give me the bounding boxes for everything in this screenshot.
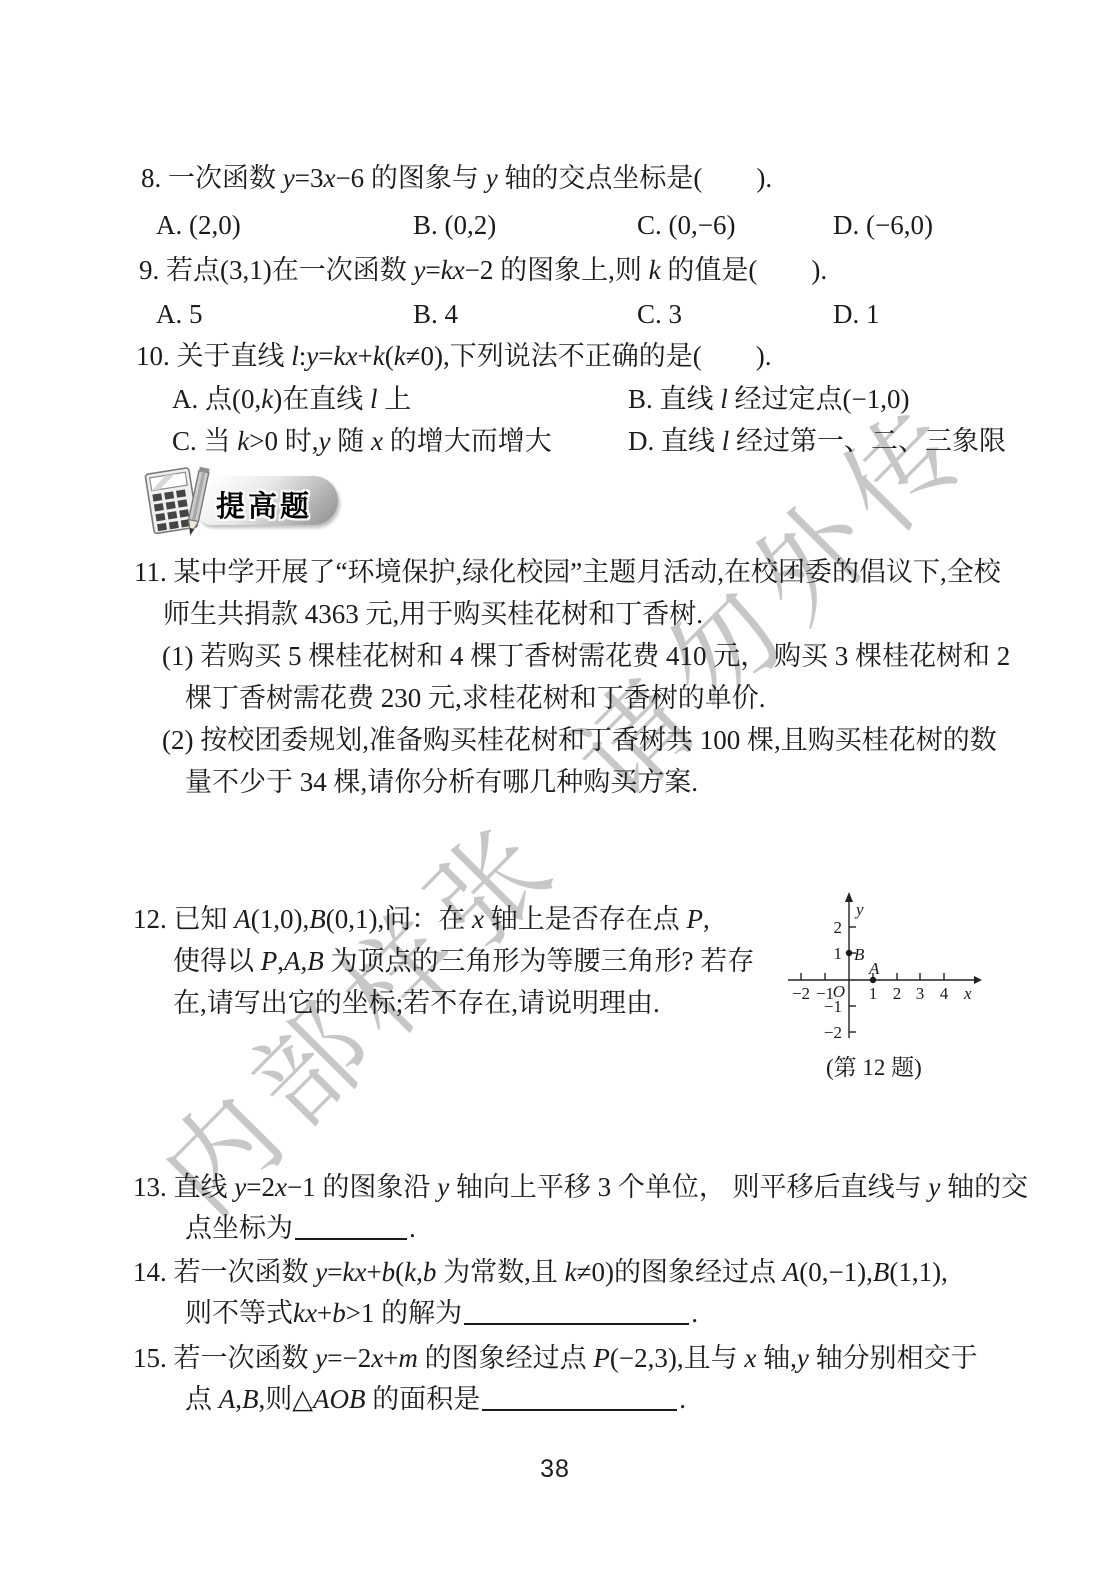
- worksheet-page: 内部样张 请勿外传 8. 一次函数 y=3x−6 的图象与 y 轴的交点坐标是(…: [0, 0, 1110, 1571]
- page-number: 38: [0, 1455, 1110, 1484]
- answer-blank-15: [482, 1409, 677, 1411]
- question-11-line-2: 师生共捐款 4363 元,用于购买桂花树和丁香树.: [163, 598, 703, 631]
- svg-text:3: 3: [916, 984, 925, 1003]
- question-12-line-1: 12. 已知 A(1,0),B(0,1),问：在 x 轴上是否存在点 P,: [133, 903, 710, 936]
- point-a-label: A: [868, 959, 880, 978]
- question-10-stem: 10. 关于直线 l:y=kx+k(k≠0),下列说法不正确的是( ).: [136, 340, 771, 373]
- svg-text:2: 2: [893, 984, 902, 1003]
- question-13-line-2-text: 点坐标为: [185, 1213, 293, 1243]
- figure-axes: [788, 900, 974, 1038]
- question-9-option-d: D. 1: [833, 298, 880, 331]
- y-axis-label: y: [854, 900, 864, 919]
- answer-blank-14: [464, 1323, 689, 1325]
- x-axis-arrow-icon: [974, 976, 982, 984]
- svg-text:−1: −1: [824, 997, 842, 1016]
- question-8-option-c: C. (0,−6): [637, 209, 735, 242]
- question-13-line-1: 13. 直线 y=2x−1 的图象沿 y 轴向上平移 3 个单位， 则平移后直线…: [133, 1171, 1028, 1204]
- question-15-line-2-text: 点 A,B,则△AOB 的面积是: [185, 1384, 480, 1414]
- question-9-option-b: B. 4: [413, 298, 458, 331]
- question-11-part-1-line-2: 棵丁香树需花费 230 元,求桂花树和丁香树的单价.: [185, 682, 766, 715]
- question-11-line-1: 11. 某中学开展了“环境保护,绿化校园”主题月活动,在校团委的倡议下,全校: [134, 556, 1001, 589]
- question-8-stem: 8. 一次函数 y=3x−6 的图象与 y 轴的交点坐标是( ).: [141, 162, 772, 195]
- question-8-option-b: B. (0,2): [413, 209, 496, 242]
- question-9-stem: 9. 若点(3,1)在一次函数 y=kx−2 的图象上,则 k 的值是( ).: [139, 254, 827, 287]
- point-b-label: B: [854, 945, 865, 964]
- question-14-line-2-text: 则不等式kx+b>1 的解为: [185, 1298, 462, 1328]
- question-10-option-c: C. 当 k>0 时,y 随 x 的增大而增大: [172, 425, 552, 458]
- question-14-line-2: 则不等式kx+b>1 的解为.: [185, 1297, 698, 1330]
- calculator-pencil-icon: [140, 459, 214, 543]
- question-13-line-2: 点坐标为.: [185, 1212, 416, 1245]
- svg-text:−2: −2: [824, 1023, 842, 1042]
- question-8-option-a: A. (2,0): [156, 209, 241, 242]
- question-12-line-3: 在,请写出它的坐标;若不存在,请说明理由.: [173, 987, 660, 1020]
- svg-text:1: 1: [834, 944, 843, 963]
- svg-text:2: 2: [834, 918, 843, 937]
- section-badge-label: 提高题: [216, 484, 312, 525]
- question-8-option-d: D. (−6,0): [833, 209, 933, 242]
- y-axis-arrow-icon: [845, 892, 853, 902]
- question-10-option-d: D. 直线 l 经过第一、二、三象限: [628, 425, 1006, 458]
- question-15-line-1: 15. 若一次函数 y=−2x+m 的图象经过点 P(−2,3),且与 x 轴,…: [133, 1342, 978, 1375]
- question-12-line-2: 使得以 P,A,B 为顶点的三角形为等腰三角形? 若存: [173, 945, 754, 978]
- question-11-part-1-line-1: (1) 若购买 5 棵桂花树和 4 棵丁香树需花费 410 元， 购买 3 棵桂…: [162, 640, 1010, 673]
- point-b-dot: [846, 950, 852, 956]
- question-15-line-2: 点 A,B,则△AOB 的面积是.: [185, 1383, 686, 1416]
- question-11-part-2-line-1: (2) 按校团委规划,准备购买桂花树和丁香树共 100 棵,且购买桂花树的数: [162, 724, 997, 757]
- svg-text:−2: −2: [792, 984, 810, 1003]
- figure-12-caption: (第 12 题): [826, 1051, 922, 1084]
- question-10-option-a: A. 点(0,k)在直线 l 上: [172, 383, 411, 416]
- question-11-part-2-line-2: 量不少于 34 棵,请你分析有哪几种购买方案.: [185, 766, 698, 799]
- question-9-option-c: C. 3: [637, 298, 682, 331]
- answer-blank-13: [295, 1238, 407, 1240]
- figure-12-plot: −2 −1 1 2 3 4 O x y 2 1 −1 −2 B A: [780, 886, 995, 1046]
- svg-text:1: 1: [869, 984, 878, 1003]
- x-axis-label: x: [963, 984, 972, 1003]
- question-9-option-a: A. 5: [156, 298, 203, 331]
- question-14-line-1: 14. 若一次函数 y=kx+b(k,b 为常数,且 k≠0)的图象经过点 A(…: [133, 1256, 948, 1289]
- question-10-option-b: B. 直线 l 经过定点(−1,0): [628, 383, 910, 416]
- svg-text:4: 4: [940, 984, 949, 1003]
